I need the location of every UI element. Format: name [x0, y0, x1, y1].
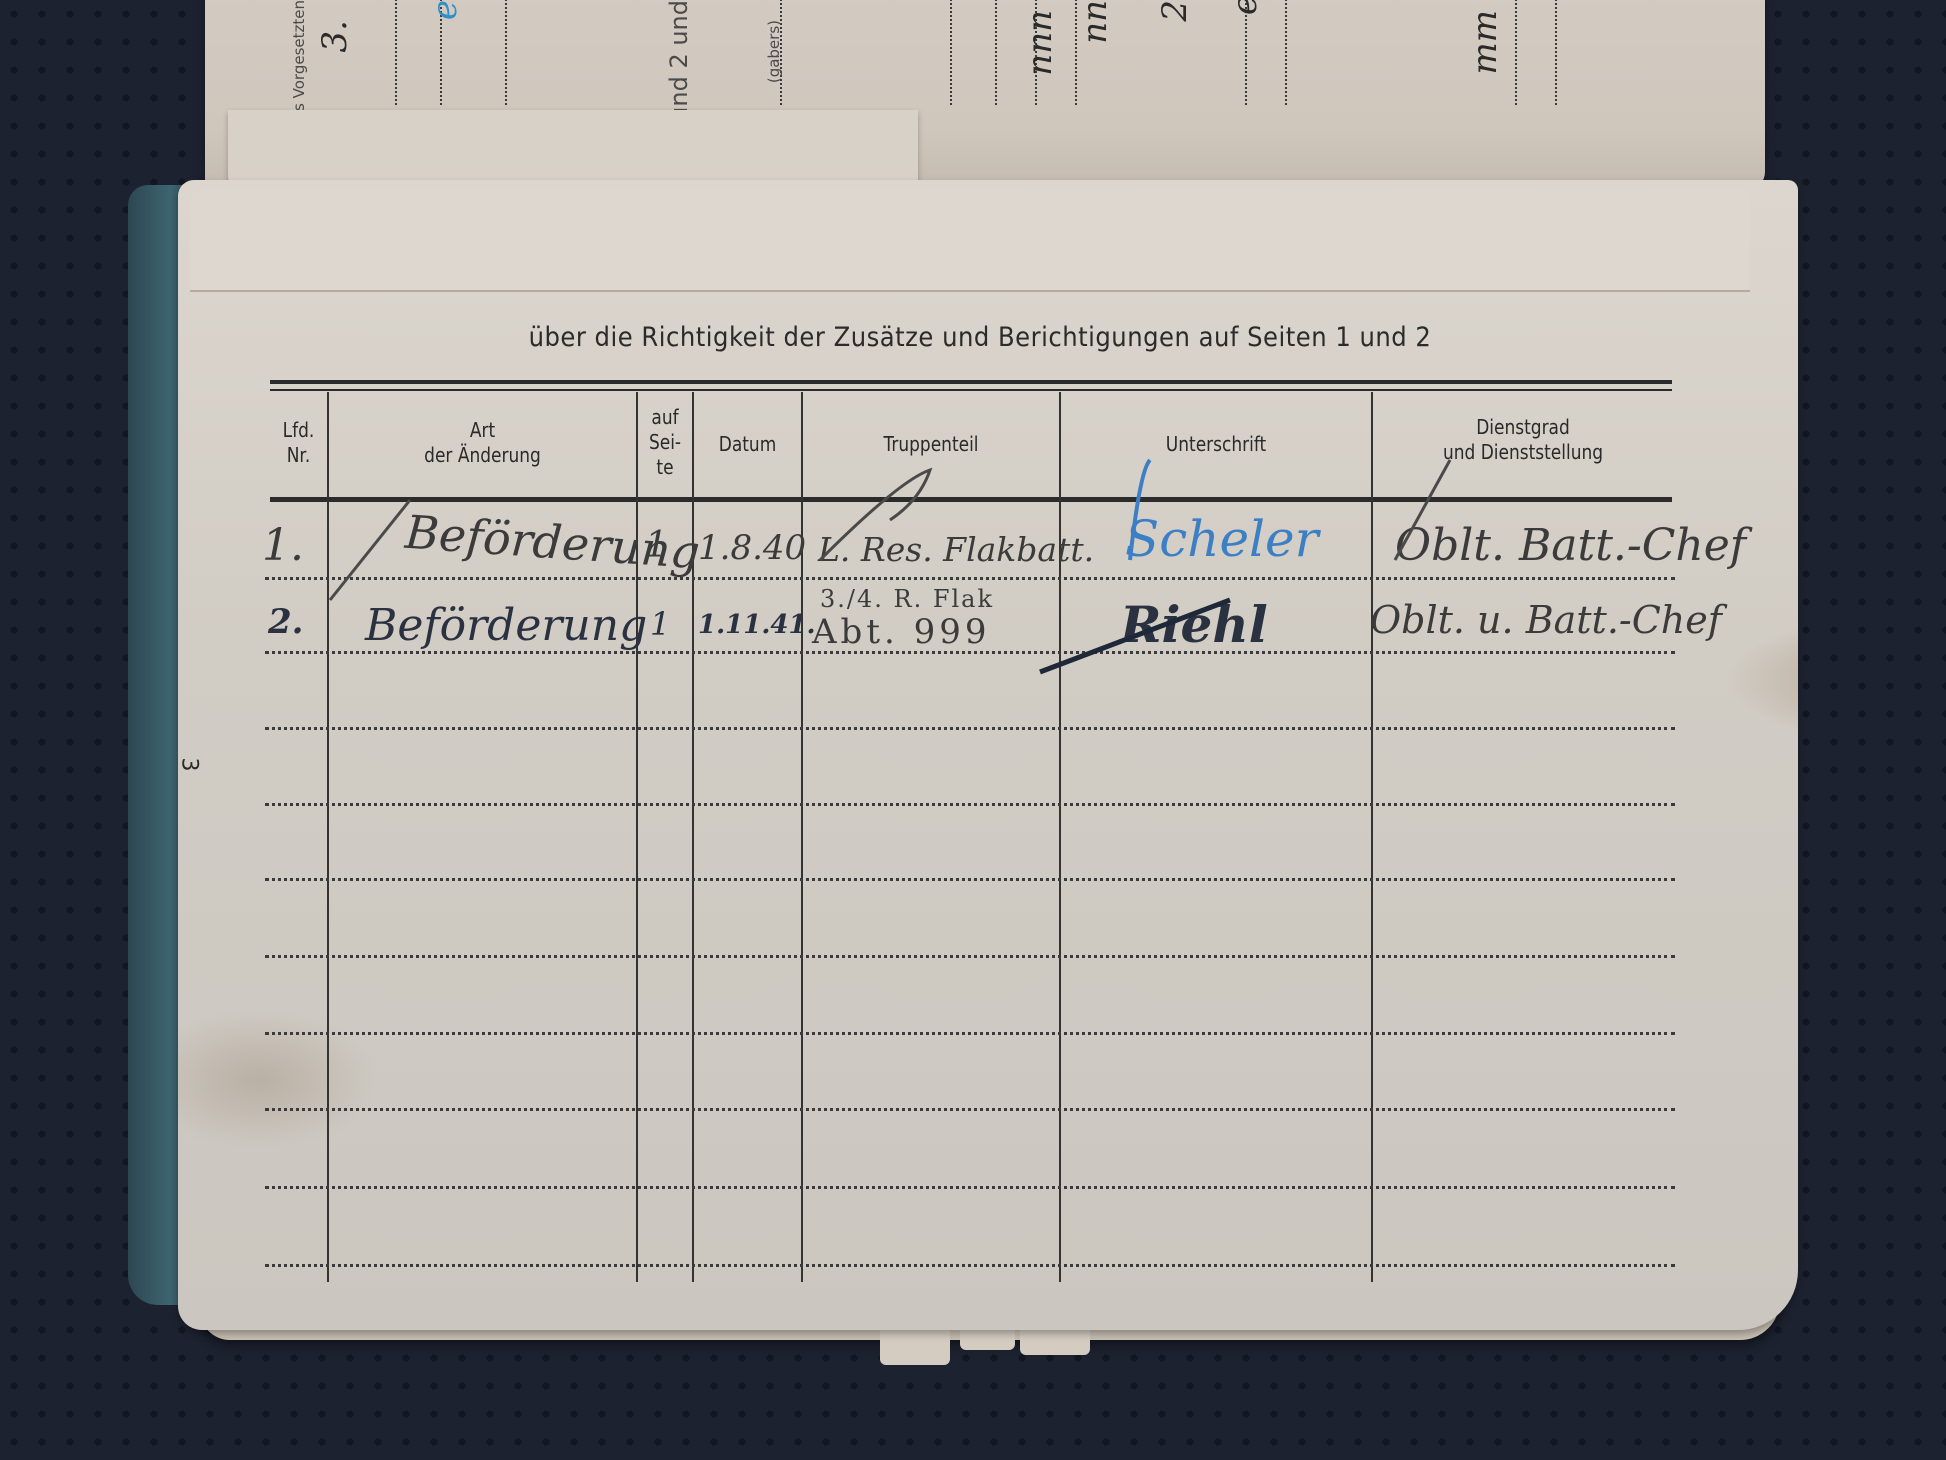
signature-underline-stroke	[1040, 600, 1230, 672]
loop-stroke	[820, 470, 930, 560]
pen-strokes	[0, 0, 1946, 1460]
blue-signature-stroke	[1130, 460, 1150, 560]
slash-stroke	[330, 500, 410, 600]
slash-stroke	[1395, 460, 1450, 560]
